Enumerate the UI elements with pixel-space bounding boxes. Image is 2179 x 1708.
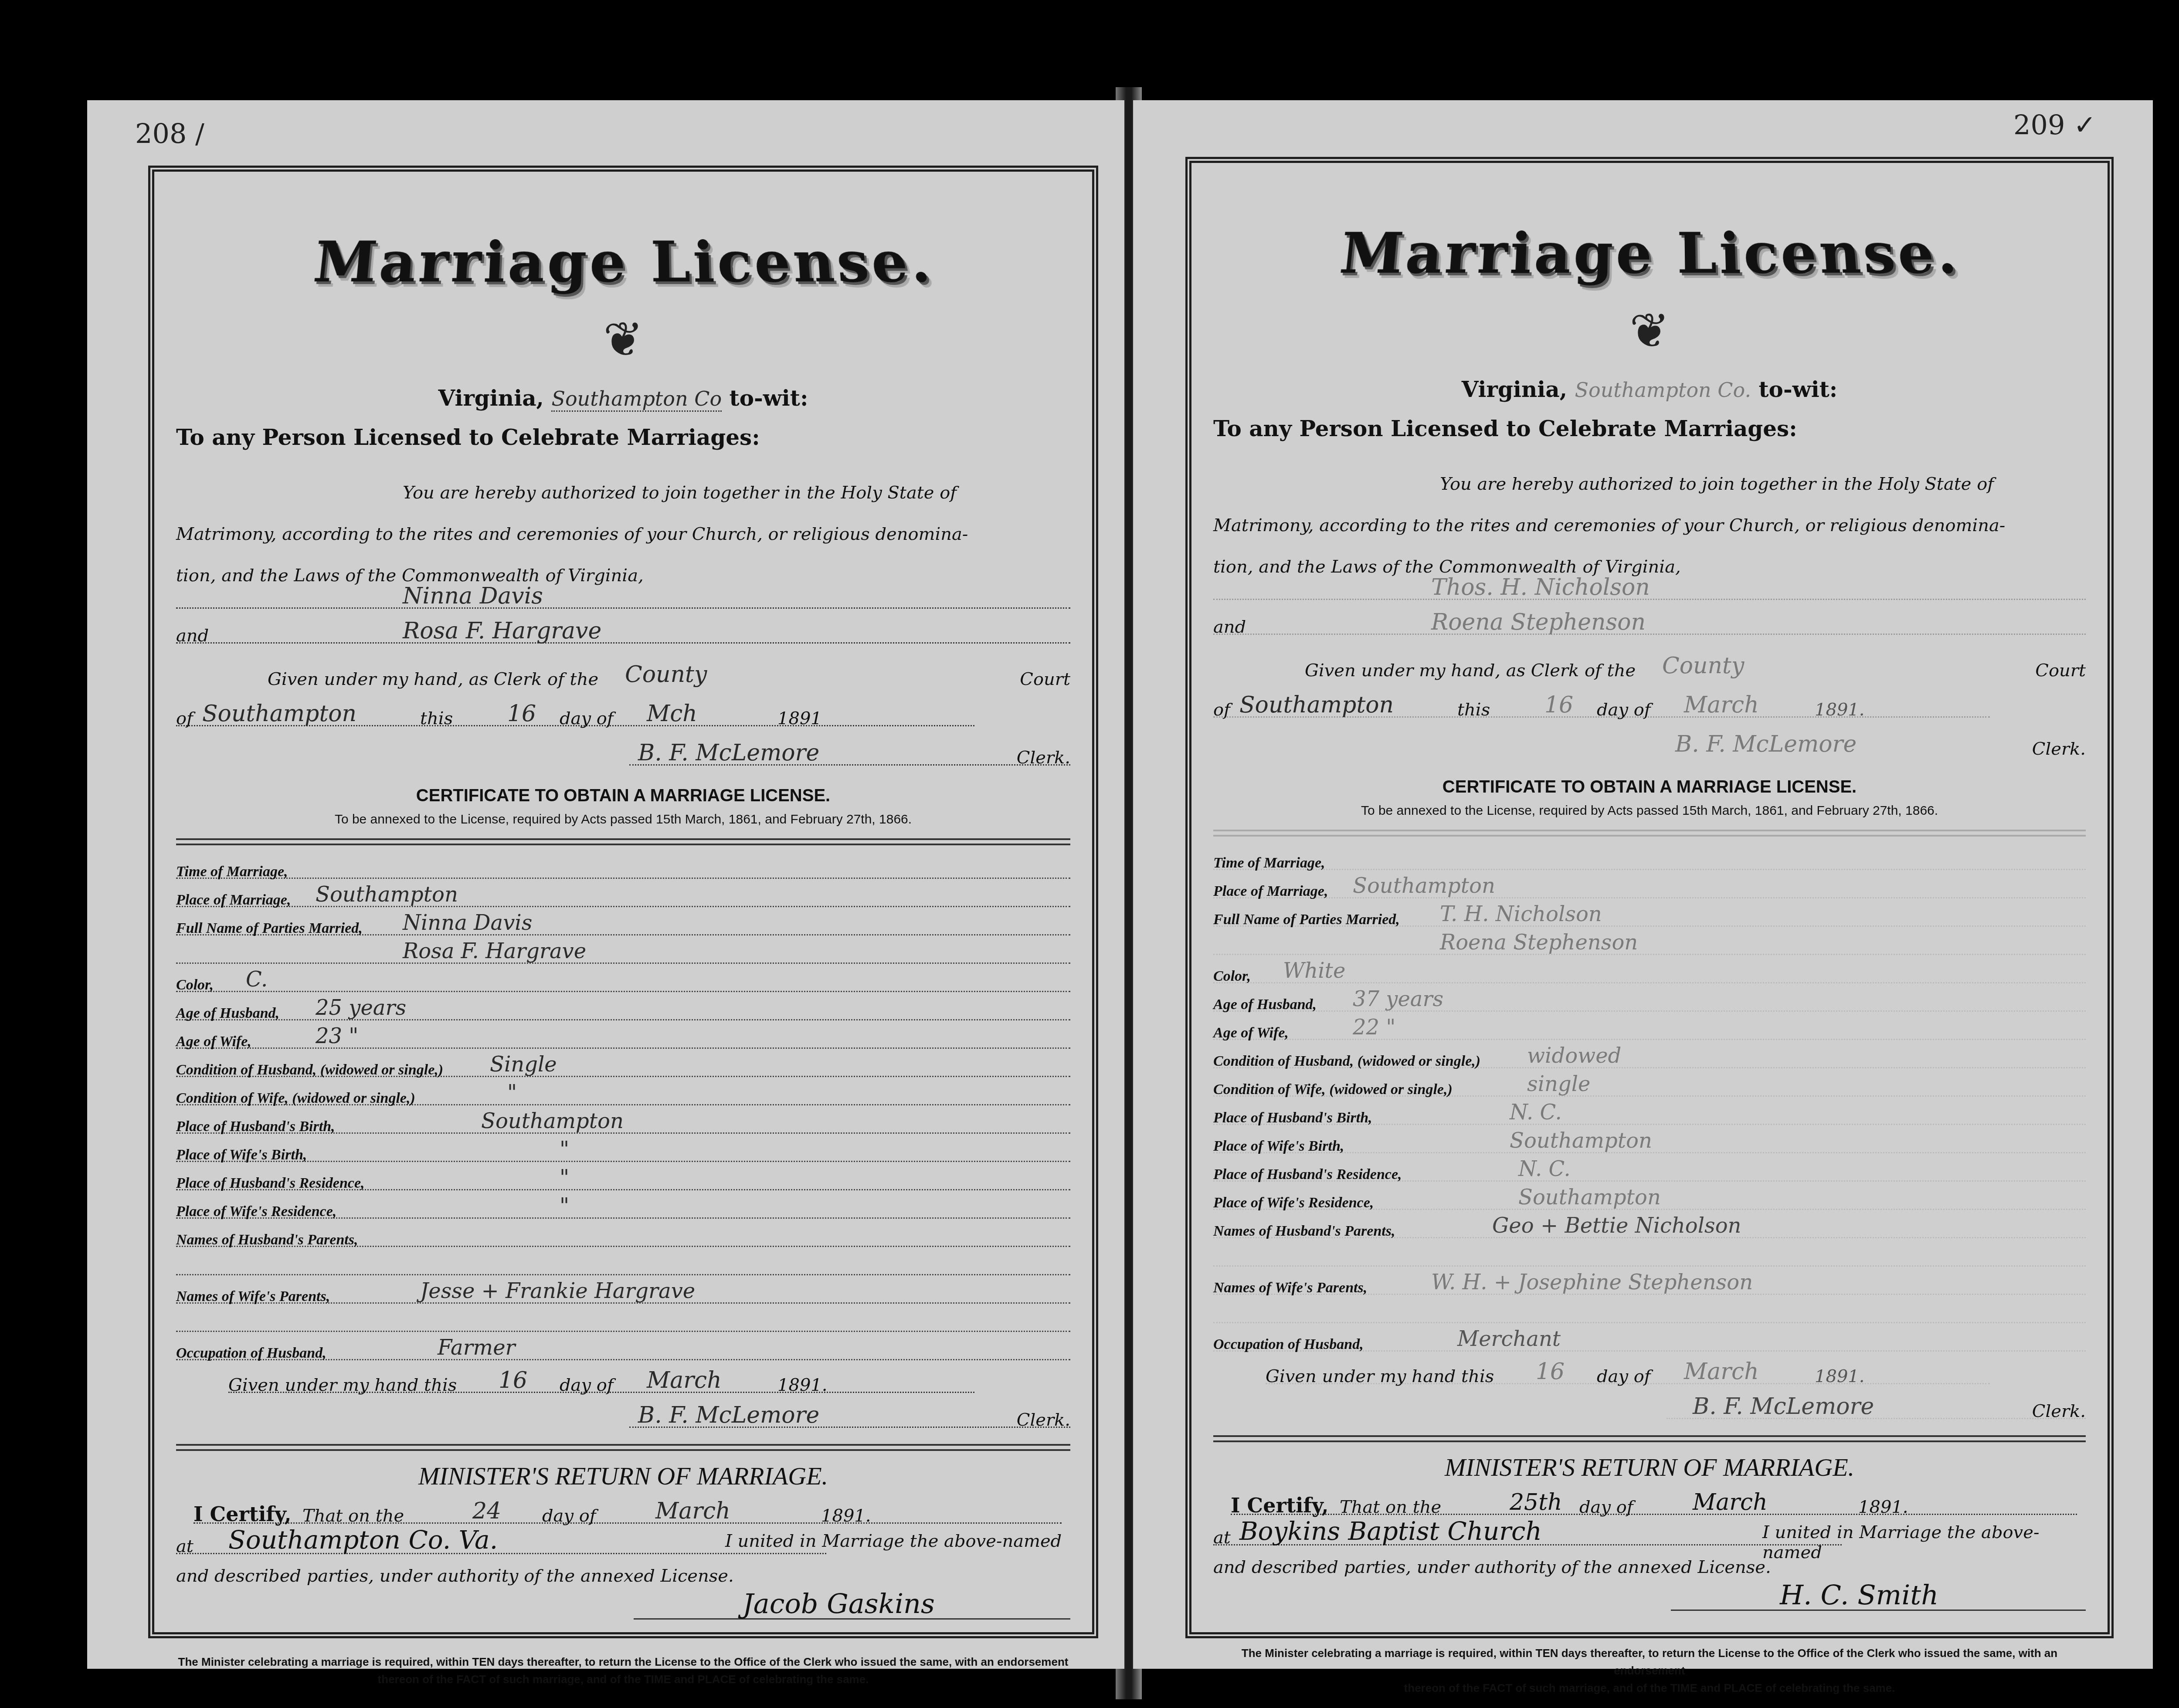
minister-signature: Jacob Gaskins [743, 1588, 935, 1620]
field-label: Names of Husband's Parents, [176, 1232, 358, 1248]
field-value: Southampton [481, 1109, 624, 1133]
field-condition-husband: Condition of Husband, (widowed or single… [176, 1050, 1070, 1077]
field-wife-birth: Place of Wife's Birth," [176, 1135, 1070, 1162]
court-type-value: County [1662, 653, 1744, 679]
field-condition-husband: Condition of Husband, (widowed or single… [1213, 1041, 2086, 1068]
license-body: Marriage License. ❦ Virginia, Southampto… [176, 172, 1070, 1632]
court-place-value: Southampton [1239, 692, 1394, 718]
clerk-signature-line: B. F. McLemore Clerk. [629, 738, 1070, 766]
field-full-name-1: Full Name of Parties Married,T. H. Nicho… [1213, 899, 2086, 927]
field-place-of-marriage: Place of Marriage,Southampton [176, 880, 1070, 907]
field-husband-birth: Place of Husband's Birth,N. C. [1213, 1098, 2086, 1125]
license-day-value: 16 [507, 701, 536, 727]
field-age-husband: Age of Husband,25 years [176, 993, 1070, 1020]
that-on-label: That on the [1340, 1497, 1441, 1517]
license-month-value: Mch [647, 701, 697, 727]
field-label: Condition of Wife, (widowed or single,) [176, 1090, 415, 1107]
clerk-of-line: Given under my hand, as Clerk of the Cou… [1305, 651, 2086, 677]
field-value: N. C. [1510, 1100, 1562, 1125]
day-of-label: day of [1597, 1366, 1651, 1386]
described-label: and described parties, under authority o… [1213, 1557, 1771, 1577]
field-label: Occupation of Husband, [176, 1345, 326, 1362]
field-value: Southampton [1510, 1128, 1652, 1153]
field-age-wife: Age of Wife,22 " [1213, 1013, 2086, 1040]
minister-heading: MINISTER'S RETURN OF MARRIAGE. [176, 1461, 1070, 1491]
certificate-subheading: To be annexed to the License, required b… [1213, 803, 2086, 818]
marriage-month: March [1693, 1489, 1768, 1515]
certificate-heading: CERTIFICATE TO OBTAIN A MARRIAGE LICENSE… [176, 786, 1070, 806]
field-value: Rosa F. Hargrave [403, 939, 586, 963]
field-value: " [507, 1081, 517, 1105]
field-age-wife: Age of Wife,23 " [176, 1021, 1070, 1049]
party2-value: Roena Stephenson [1431, 609, 1646, 635]
clerk-of-line: Given under my hand, as Clerk of the Cou… [268, 660, 1070, 686]
at-label: at [1213, 1528, 1231, 1548]
minister-signature: H. C. Smith [1780, 1579, 1938, 1611]
given-this-line: Given under my hand this 16 day of March… [228, 1366, 974, 1393]
field-full-name-2: Roena Stephenson [1213, 928, 2086, 955]
field-value: 37 years [1353, 987, 1443, 1011]
field-label: Condition of Husband, (widowed or single… [176, 1062, 443, 1078]
given-clerk-signature: B. F. McLemore [638, 1402, 819, 1428]
certificate-subheading: To be annexed to the License, required b… [176, 812, 1070, 827]
marriage-day: 24 [472, 1498, 501, 1524]
state-label: Virginia, [438, 385, 544, 411]
field-value: Farmer [438, 1335, 515, 1360]
field-value: single [1527, 1072, 1590, 1096]
crest-icon: ❦ [1628, 298, 1671, 363]
marriage-year: 1891. [821, 1506, 871, 1526]
field-occupation: Occupation of Husband,Farmer [176, 1333, 1070, 1360]
county-value: Southampton Co. [1575, 378, 1751, 402]
field-value: 22 " [1353, 1015, 1395, 1040]
footnote-line: thereon of the FACT of such marriage, an… [1213, 1679, 2086, 1697]
page-208: 208 / Marriage License. ❦ Virginia, Sout… [87, 100, 1124, 1669]
field-full-name-1: Full Name of Parties Married,Ninna Davis [176, 908, 1070, 935]
at-label: at [176, 1536, 193, 1556]
footnote-line: thereon of the FACT of such marriage, an… [176, 1671, 1070, 1688]
field-label: Age of Wife, [176, 1034, 251, 1050]
minister-signature-line: H. C. Smith [1671, 1579, 2086, 1611]
field-value: Roena Stephenson [1440, 930, 1638, 955]
check-mark: ✓ [2074, 109, 2096, 141]
minister-signature-line: Jacob Gaskins [634, 1588, 1070, 1620]
given-day: 16 [1536, 1359, 1565, 1385]
license-year: 1891 [777, 708, 822, 729]
field-time-of-marriage: Time of Marriage, [176, 851, 1070, 879]
this-label: this [420, 708, 453, 729]
field-label: Condition of Wife, (widowed or single,) [1213, 1081, 1453, 1098]
field-value: Geo + Bettie Nicholson [1492, 1213, 1741, 1238]
field-value: Jesse + Frankie Hargrave [420, 1279, 695, 1303]
given-under-label: Given under my hand, as Clerk of the [268, 669, 598, 689]
field-label: Color, [176, 977, 214, 993]
given-under-label: Given under my hand, as Clerk of the [1305, 661, 1636, 681]
party2-line: and Roena Stephenson [1213, 607, 2086, 635]
court-place-line: of Southampton this 16 day of March 1891… [1213, 690, 1990, 718]
footnote: The Minister celebrating a marriage is r… [1213, 1644, 2086, 1697]
clerk-label: Clerk. [2032, 739, 2086, 759]
field-label: Place of Wife's Birth, [1213, 1138, 1344, 1155]
field-label: Time of Marriage, [1213, 855, 1325, 871]
field-value: " [560, 1194, 569, 1218]
field-label: Names of Wife's Parents, [176, 1288, 330, 1305]
field-value: C. [246, 967, 268, 992]
authorization-line: You are hereby authorized to join togeth… [176, 472, 1070, 514]
field-label: Place of Husband's Birth, [1213, 1110, 1372, 1126]
footnote-line: The Minister celebrating a marriage is r… [176, 1653, 1070, 1671]
field-value: T. H. Nicholson [1440, 902, 1602, 926]
field-wife-parents-cont [1213, 1296, 2086, 1323]
clerk-signature-line: B. F. McLemore Clerk. [1666, 729, 2086, 756]
divider [176, 1444, 1070, 1451]
certify-line: I Certify, That on the 24 day of March 1… [193, 1496, 1062, 1524]
of-label: of [176, 708, 193, 729]
and-label: and [1213, 617, 1246, 637]
court-place-line: of Southampton this 16 day of Mch 1891 [176, 699, 974, 726]
court-label: Court [1020, 669, 1070, 689]
field-condition-wife: Condition of Wife, (widowed or single,)" [176, 1078, 1070, 1105]
field-value: 25 years [316, 996, 406, 1020]
authorization-text: You are hereby authorized to join togeth… [176, 472, 1070, 596]
given-day: 16 [499, 1367, 527, 1393]
field-value: 23 " [316, 1024, 358, 1048]
license-title: Marriage License. [1208, 220, 2091, 287]
given-clerk-line: B. F. McLemore Clerk. [1666, 1392, 2086, 1419]
clerk-signature: B. F. McLemore [1675, 731, 1857, 757]
day-of-label: day of [1597, 700, 1651, 720]
given-month: March [1684, 1359, 1759, 1385]
state-label: Virginia, [1462, 376, 1567, 402]
license-month-value: March [1684, 692, 1759, 718]
field-full-name-2: Rosa F. Hargrave [176, 936, 1070, 964]
certify-line: I Certify, That on the 25th day of March… [1231, 1488, 2077, 1515]
party1-value: Ninna Davis [403, 583, 543, 609]
field-age-husband: Age of Husband,37 years [1213, 984, 2086, 1012]
field-wife-residence: Place of Wife's Residence,Southampton [1213, 1183, 2086, 1210]
marriage-year: 1891. [1858, 1497, 1908, 1517]
field-husband-parents-cont [1213, 1239, 2086, 1267]
crest-icon: ❦ [601, 307, 645, 372]
field-label: Color, [1213, 968, 1251, 985]
marriage-place: Southampton Co. Va. [228, 1525, 498, 1555]
field-color: Color,White [1213, 956, 2086, 983]
field-label: Place of Husband's Birth, [176, 1118, 335, 1135]
field-label: Full Name of Parties Married, [176, 920, 363, 937]
page-209: 209 ✓ Marriage License. ❦ Virginia, Sout… [1133, 100, 2153, 1669]
marriage-day: 25th [1510, 1489, 1562, 1515]
page-number: 209 ✓ [2013, 109, 2096, 141]
county-value: Southampton Co [551, 387, 722, 412]
check-mark: / [195, 118, 204, 149]
field-label: Place of Husband's Residence, [1213, 1166, 1402, 1183]
field-wife-parents: Names of Wife's Parents,W. H. + Josephin… [1213, 1267, 2086, 1295]
license-body: Marriage License. ❦ Virginia, Southampto… [1213, 163, 2086, 1632]
party1-value: Thos. H. Nicholson [1431, 574, 1650, 600]
divider [176, 838, 1070, 845]
field-husband-residence: Place of Husband's Residence," [176, 1163, 1070, 1190]
state-line: Virginia, Southampton Co. to-wit: [1213, 376, 2086, 402]
court-type-value: County [625, 661, 707, 688]
field-value: Single [490, 1052, 557, 1077]
party2-line: and Rosa F. Hargrave [176, 616, 1070, 644]
marriage-place: Boykins Baptist Church [1239, 1516, 1542, 1546]
field-husband-birth: Place of Husband's Birth,Southampton [176, 1106, 1070, 1134]
page-number: 208 / [135, 118, 204, 149]
greeting: To any Person Licensed to Celebrate Marr… [1213, 416, 1797, 441]
field-label: Place of Marriage, [1213, 883, 1328, 900]
authorization-line: Matrimony, according to the rites and ce… [1213, 505, 2086, 546]
given-clerk-line: B. F. McLemore Clerk. [629, 1400, 1070, 1428]
license-title: Marriage License. [171, 229, 1076, 295]
divider [1213, 830, 2086, 837]
field-label: Condition of Husband, (widowed or single… [1213, 1053, 1480, 1070]
given-clerk-signature: B. F. McLemore [1693, 1393, 1874, 1420]
field-value: Merchant [1457, 1327, 1561, 1351]
footnote: The Minister celebrating a marriage is r… [176, 1653, 1070, 1688]
given-this-line: Given under my hand this 16 day of March… [1266, 1357, 1990, 1384]
certify-label: I Certify, [193, 1502, 292, 1526]
field-label: Names of Wife's Parents, [1213, 1280, 1367, 1296]
license-border: Marriage License. ❦ Virginia, Southampto… [148, 166, 1098, 1638]
and-label: and [176, 626, 209, 646]
license-border: Marriage License. ❦ Virginia, Southampto… [1185, 157, 2114, 1638]
to-wit-label: to-wit: [1758, 376, 1837, 402]
field-label: Place of Marriage, [176, 892, 291, 908]
day-of-label: day of [1579, 1497, 1633, 1517]
field-value: W. H. + Josephine Stephenson [1431, 1270, 1753, 1295]
page-number-text: 208 [135, 118, 187, 149]
field-value: Southampton [316, 882, 458, 907]
field-value: Southampton [1353, 874, 1495, 898]
field-value: N. C. [1518, 1157, 1571, 1181]
authorization-text: You are hereby authorized to join togeth… [1213, 464, 2086, 588]
court-place-value: Southampton [202, 701, 356, 727]
given-month: March [647, 1367, 722, 1393]
this-label: this [1457, 700, 1490, 720]
field-wife-residence: Place of Wife's Residence," [176, 1191, 1070, 1219]
field-husband-parents: Names of Husband's Parents, [176, 1220, 1070, 1247]
party2-value: Rosa F. Hargrave [403, 618, 601, 644]
given-year: 1891. [777, 1375, 828, 1395]
field-label: Age of Husband, [1213, 996, 1317, 1013]
certify-label: I Certify, [1231, 1494, 1329, 1517]
field-label: Occupation of Husband, [1213, 1336, 1364, 1353]
clerk-label: Clerk. [2032, 1401, 2086, 1421]
that-on-label: That on the [302, 1506, 404, 1526]
field-label: Age of Husband, [176, 1005, 279, 1022]
given-this-label: Given under my hand this [228, 1375, 457, 1395]
state-line: Virginia, Southampton Co to-wit: [176, 385, 1070, 412]
field-time-of-marriage: Time of Marriage, [1213, 843, 2086, 870]
clerk-signature: B. F. McLemore [638, 740, 819, 766]
day-of-label: day of [542, 1506, 596, 1526]
court-label: Court [2035, 661, 2086, 681]
field-label: Full Name of Parties Married, [1213, 912, 1400, 928]
minister-heading: MINISTER'S RETURN OF MARRIAGE. [1213, 1453, 2086, 1482]
license-day-value: 16 [1544, 692, 1573, 718]
field-label: Names of Husband's Parents, [1213, 1223, 1395, 1240]
party1-line: Thos. H. Nicholson [1213, 573, 2086, 600]
field-husband-parents-cont [176, 1248, 1070, 1275]
field-label: Place of Wife's Birth, [176, 1147, 307, 1163]
authorization-line: You are hereby authorized to join togeth… [1213, 464, 2086, 505]
of-label: of [1213, 700, 1230, 720]
license-year: 1891. [1815, 700, 1865, 720]
day-of-label: day of [560, 1375, 614, 1395]
clerk-label: Clerk. [1017, 1410, 1070, 1430]
footnote-line: The Minister celebrating a marriage is r… [1213, 1644, 2086, 1679]
field-value: " [560, 1137, 569, 1162]
field-color: Color,C. [176, 965, 1070, 992]
field-value: widowed [1527, 1044, 1621, 1068]
day-of-label: day of [560, 708, 614, 729]
field-label: Place of Husband's Residence, [176, 1175, 365, 1192]
united-label: I united in Marriage the above-named [1762, 1522, 2086, 1562]
certificate-heading: CERTIFICATE TO OBTAIN A MARRIAGE LICENSE… [1213, 777, 2086, 797]
field-label: Place of Wife's Residence, [176, 1203, 336, 1220]
united-label: I united in Marriage the above-named [725, 1531, 1062, 1551]
marriage-month: March [655, 1498, 730, 1524]
given-year: 1891. [1815, 1366, 1865, 1386]
party1-line: Ninna Davis [176, 581, 1070, 609]
field-husband-residence: Place of Husband's Residence,N. C. [1213, 1154, 2086, 1182]
field-occupation: Occupation of Husband,Merchant [1213, 1324, 2086, 1352]
field-label: Place of Wife's Residence, [1213, 1195, 1374, 1211]
described-label: and described parties, under authority o… [176, 1566, 734, 1586]
page-number-text: 209 [2013, 109, 2065, 141]
greeting: To any Person Licensed to Celebrate Marr… [176, 424, 760, 450]
field-value: Ninna Davis [403, 911, 532, 935]
field-label: Age of Wife, [1213, 1025, 1289, 1041]
field-place-of-marriage: Place of Marriage,Southampton [1213, 871, 2086, 898]
field-husband-parents: Names of Husband's Parents,Geo + Bettie … [1213, 1211, 2086, 1238]
marriage-place-line: at Boykins Baptist Church [1213, 1518, 1842, 1545]
field-label: Time of Marriage, [176, 864, 288, 880]
field-wife-birth: Place of Wife's Birth,Southampton [1213, 1126, 2086, 1153]
field-value: Southampton [1518, 1185, 1661, 1210]
to-wit-label: to-wit: [730, 385, 808, 411]
given-this-label: Given under my hand this [1266, 1366, 1494, 1386]
field-wife-parents-cont [176, 1305, 1070, 1332]
field-value: " [560, 1166, 569, 1190]
field-wife-parents: Names of Wife's Parents,Jesse + Frankie … [176, 1276, 1070, 1304]
authorization-line: Matrimony, according to the rites and ce… [176, 514, 1070, 555]
field-condition-wife: Condition of Wife, (widowed or single,)s… [1213, 1069, 2086, 1097]
field-value: White [1283, 959, 1345, 983]
divider [1213, 1435, 2086, 1442]
clerk-label: Clerk. [1017, 748, 1070, 768]
